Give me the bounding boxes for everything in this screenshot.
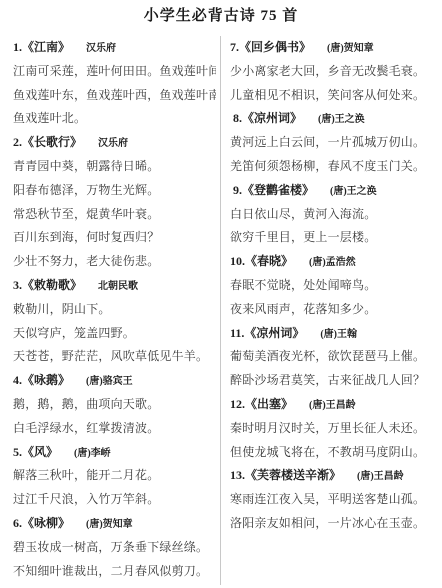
poem-line: 过江千尺浪，入竹万竿斜。 [13, 488, 216, 512]
poem-header: 8.《凉州词》(唐)王之涣 [230, 107, 440, 131]
poem-block: 5.《风》(唐)李峤解落三秋叶，能开二月花。过江千尺浪，入竹万竿斜。 [13, 441, 216, 512]
poem-author: 汉乐府 [86, 43, 116, 54]
poem-line: 鱼戏莲叶北。 [13, 107, 216, 131]
poem-header: 1.《江南》汉乐府 [13, 36, 216, 60]
poem-author: (唐)李峤 [74, 448, 111, 459]
poem-header: 7.《回乡偶书》(唐)贺知章 [230, 36, 440, 60]
poem-line: 儿童相见不相识，笑问客从何处来。 [230, 84, 440, 108]
poem-line: 敕勒川，阴山下。 [13, 298, 216, 322]
page-title: 小学生必背古诗 75 首 [0, 0, 442, 27]
poem-author: (唐)骆宾王 [86, 376, 133, 387]
poem-line: 天苍苍，野茫茫，风吹草低见牛羊。 [13, 345, 216, 369]
poem-line: 江南可采莲，莲叶何田田。鱼戏莲叶间。 [13, 60, 216, 84]
poem-block: 12.《出塞》(唐)王昌龄秦时明月汉时关，万里长征人未还。但使龙城飞将在，不教胡… [230, 393, 440, 464]
poem-line: 春眠不觉晓，处处闻啼鸟。 [230, 274, 440, 298]
poem-line: 解落三秋叶，能开二月花。 [13, 464, 216, 488]
poem-block: 4.《咏鹅》(唐)骆宾王鹅，鹅，鹅，曲项向天歌。白毛浮绿水，红掌拨清波。 [13, 369, 216, 440]
poem-line: 但使龙城飞将在，不教胡马度阴山。 [230, 441, 440, 465]
poem-header: 4.《咏鹅》(唐)骆宾王 [13, 369, 216, 393]
poem-line: 白日依山尽，黄河入海流。 [230, 203, 440, 227]
document-page: 小学生必背古诗 75 首 1.《江南》汉乐府江南可采莲，莲叶何田田。鱼戏莲叶间。… [0, 0, 442, 588]
poem-header: 10.《春晓》(唐)孟浩然 [230, 250, 440, 274]
poem-block: 2.《长歌行》汉乐府青青园中葵，朝露待日晞。阳春布德泽，万物生光辉。常恐秋节至，… [13, 131, 216, 274]
poem-author: (唐)孟浩然 [309, 257, 356, 268]
poem-line: 洛阳亲友如相问，一片冰心在玉壶。 [230, 512, 440, 536]
poem-header: 6.《咏柳》(唐)贺知章 [13, 512, 216, 536]
poem-line: 葡萄美酒夜光杯，欲饮琵琶马上催。 [230, 345, 440, 369]
poem-line: 羌笛何须怨杨柳，春风不度玉门关。 [230, 155, 440, 179]
poem-block: 7.《回乡偶书》(唐)贺知章少小离家老大回，乡音无改鬓毛衰。儿童相见不相识，笑问… [230, 36, 440, 107]
poem-line: 少壮不努力，老大徒伤悲。 [13, 250, 216, 274]
poem-title: 9.《登鹳雀楼》 [230, 183, 314, 197]
poem-title: 3.《敕勒歌》 [13, 278, 82, 292]
two-column-layout: 1.《江南》汉乐府江南可采莲，莲叶何田田。鱼戏莲叶间。鱼戏莲叶东，鱼戏莲叶西，鱼… [0, 36, 442, 585]
poem-author: (唐)王昌龄 [309, 400, 356, 411]
poem-block: 11.《凉州词》(唐)王翰葡萄美酒夜光杯，欲饮琵琶马上催。醉卧沙场君莫笑，古来征… [230, 322, 440, 393]
poem-line: 鹅，鹅，鹅，曲项向天歌。 [13, 393, 216, 417]
poem-line: 醉卧沙场君莫笑，古来征战几人回？ [230, 369, 440, 393]
poem-block: 8.《凉州词》(唐)王之涣黄河远上白云间，一片孤城万仞山。羌笛何须怨杨柳，春风不… [230, 107, 440, 178]
poem-block: 3.《敕勒歌》北朝民歌敕勒川，阴山下。天似穹庐，笼盖四野。天苍苍，野茫茫，风吹草… [13, 274, 216, 369]
poem-author: (唐)王之涣 [318, 114, 365, 125]
poem-title: 12.《出塞》 [230, 397, 293, 411]
poem-line: 不知细叶谁裁出，二月春风似剪刀。 [13, 560, 216, 584]
poem-title: 11.《凉州词》 [230, 326, 304, 340]
poem-author: 汉乐府 [98, 138, 128, 149]
poem-line: 白毛浮绿水，红掌拨清波。 [13, 417, 216, 441]
poem-title: 10.《春晓》 [230, 254, 293, 268]
poem-line: 百川东到海，何时复西归？ [13, 226, 216, 250]
poem-author: (唐)王昌龄 [357, 471, 404, 482]
poem-title: 7.《回乡偶书》 [230, 40, 311, 54]
poem-header: 2.《长歌行》汉乐府 [13, 131, 216, 155]
poem-header: 12.《出塞》(唐)王昌龄 [230, 393, 440, 417]
poem-header: 3.《敕勒歌》北朝民歌 [13, 274, 216, 298]
left-column: 1.《江南》汉乐府江南可采莲，莲叶何田田。鱼戏莲叶间。鱼戏莲叶东，鱼戏莲叶西，鱼… [0, 36, 220, 585]
poem-title: 2.《长歌行》 [13, 135, 82, 149]
poem-block: 13.《芙蓉楼送辛渐》(唐)王昌龄寒雨连江夜入吴，平明送客楚山孤。洛阳亲友如相问… [230, 464, 440, 535]
poem-block: 9.《登鹳雀楼》(唐)王之涣白日依山尽，黄河入海流。欲穷千里目，更上一层楼。 [230, 179, 440, 250]
poem-title: 13.《芙蓉楼送辛渐》 [230, 468, 341, 482]
poem-line: 碧玉妆成一树高，万条垂下绿丝绦。 [13, 536, 216, 560]
poem-author: (唐)王之涣 [330, 186, 377, 197]
poem-header: 9.《登鹳雀楼》(唐)王之涣 [230, 179, 440, 203]
poem-author: (唐)王翰 [320, 329, 357, 340]
poem-line: 青青园中葵，朝露待日晞。 [13, 155, 216, 179]
poem-block: 10.《春晓》(唐)孟浩然春眠不觉晓，处处闻啼鸟。夜来风雨声，花落知多少。 [230, 250, 440, 321]
poem-block: 1.《江南》汉乐府江南可采莲，莲叶何田田。鱼戏莲叶间。鱼戏莲叶东，鱼戏莲叶西，鱼… [13, 36, 216, 131]
poem-header: 11.《凉州词》(唐)王翰 [230, 322, 440, 346]
poem-header: 5.《风》(唐)李峤 [13, 441, 216, 465]
poem-line: 少小离家老大回，乡音无改鬓毛衰。 [230, 60, 440, 84]
poem-line: 欲穷千里目，更上一层楼。 [230, 226, 440, 250]
poem-author: (唐)贺知章 [327, 43, 374, 54]
poem-line: 寒雨连江夜入吴，平明送客楚山孤。 [230, 488, 440, 512]
poem-line: 鱼戏莲叶东，鱼戏莲叶西，鱼戏莲叶南， [13, 84, 216, 108]
poem-title: 8.《凉州词》 [230, 111, 302, 125]
poem-line: 黄河远上白云间，一片孤城万仞山。 [230, 131, 440, 155]
right-column: 7.《回乡偶书》(唐)贺知章少小离家老大回，乡音无改鬓毛衰。儿童相见不相识，笑问… [220, 36, 442, 585]
poem-title: 6.《咏柳》 [13, 516, 70, 530]
poem-author: (唐)贺知章 [86, 519, 133, 530]
poem-header: 13.《芙蓉楼送辛渐》(唐)王昌龄 [230, 464, 440, 488]
poem-line: 秦时明月汉时关，万里长征人未还。 [230, 417, 440, 441]
poem-line: 夜来风雨声，花落知多少。 [230, 298, 440, 322]
poem-title: 4.《咏鹅》 [13, 373, 70, 387]
poem-author: 北朝民歌 [98, 281, 138, 292]
poem-line: 天似穹庐，笼盖四野。 [13, 322, 216, 346]
poem-line: 阳春布德泽，万物生光辉。 [13, 179, 216, 203]
poem-block: 6.《咏柳》(唐)贺知章碧玉妆成一树高，万条垂下绿丝绦。不知细叶谁裁出，二月春风… [13, 512, 216, 583]
poem-title: 5.《风》 [13, 445, 58, 459]
poem-title: 1.《江南》 [13, 40, 70, 54]
poem-line: 常恐秋节至，焜黄华叶衰。 [13, 203, 216, 227]
